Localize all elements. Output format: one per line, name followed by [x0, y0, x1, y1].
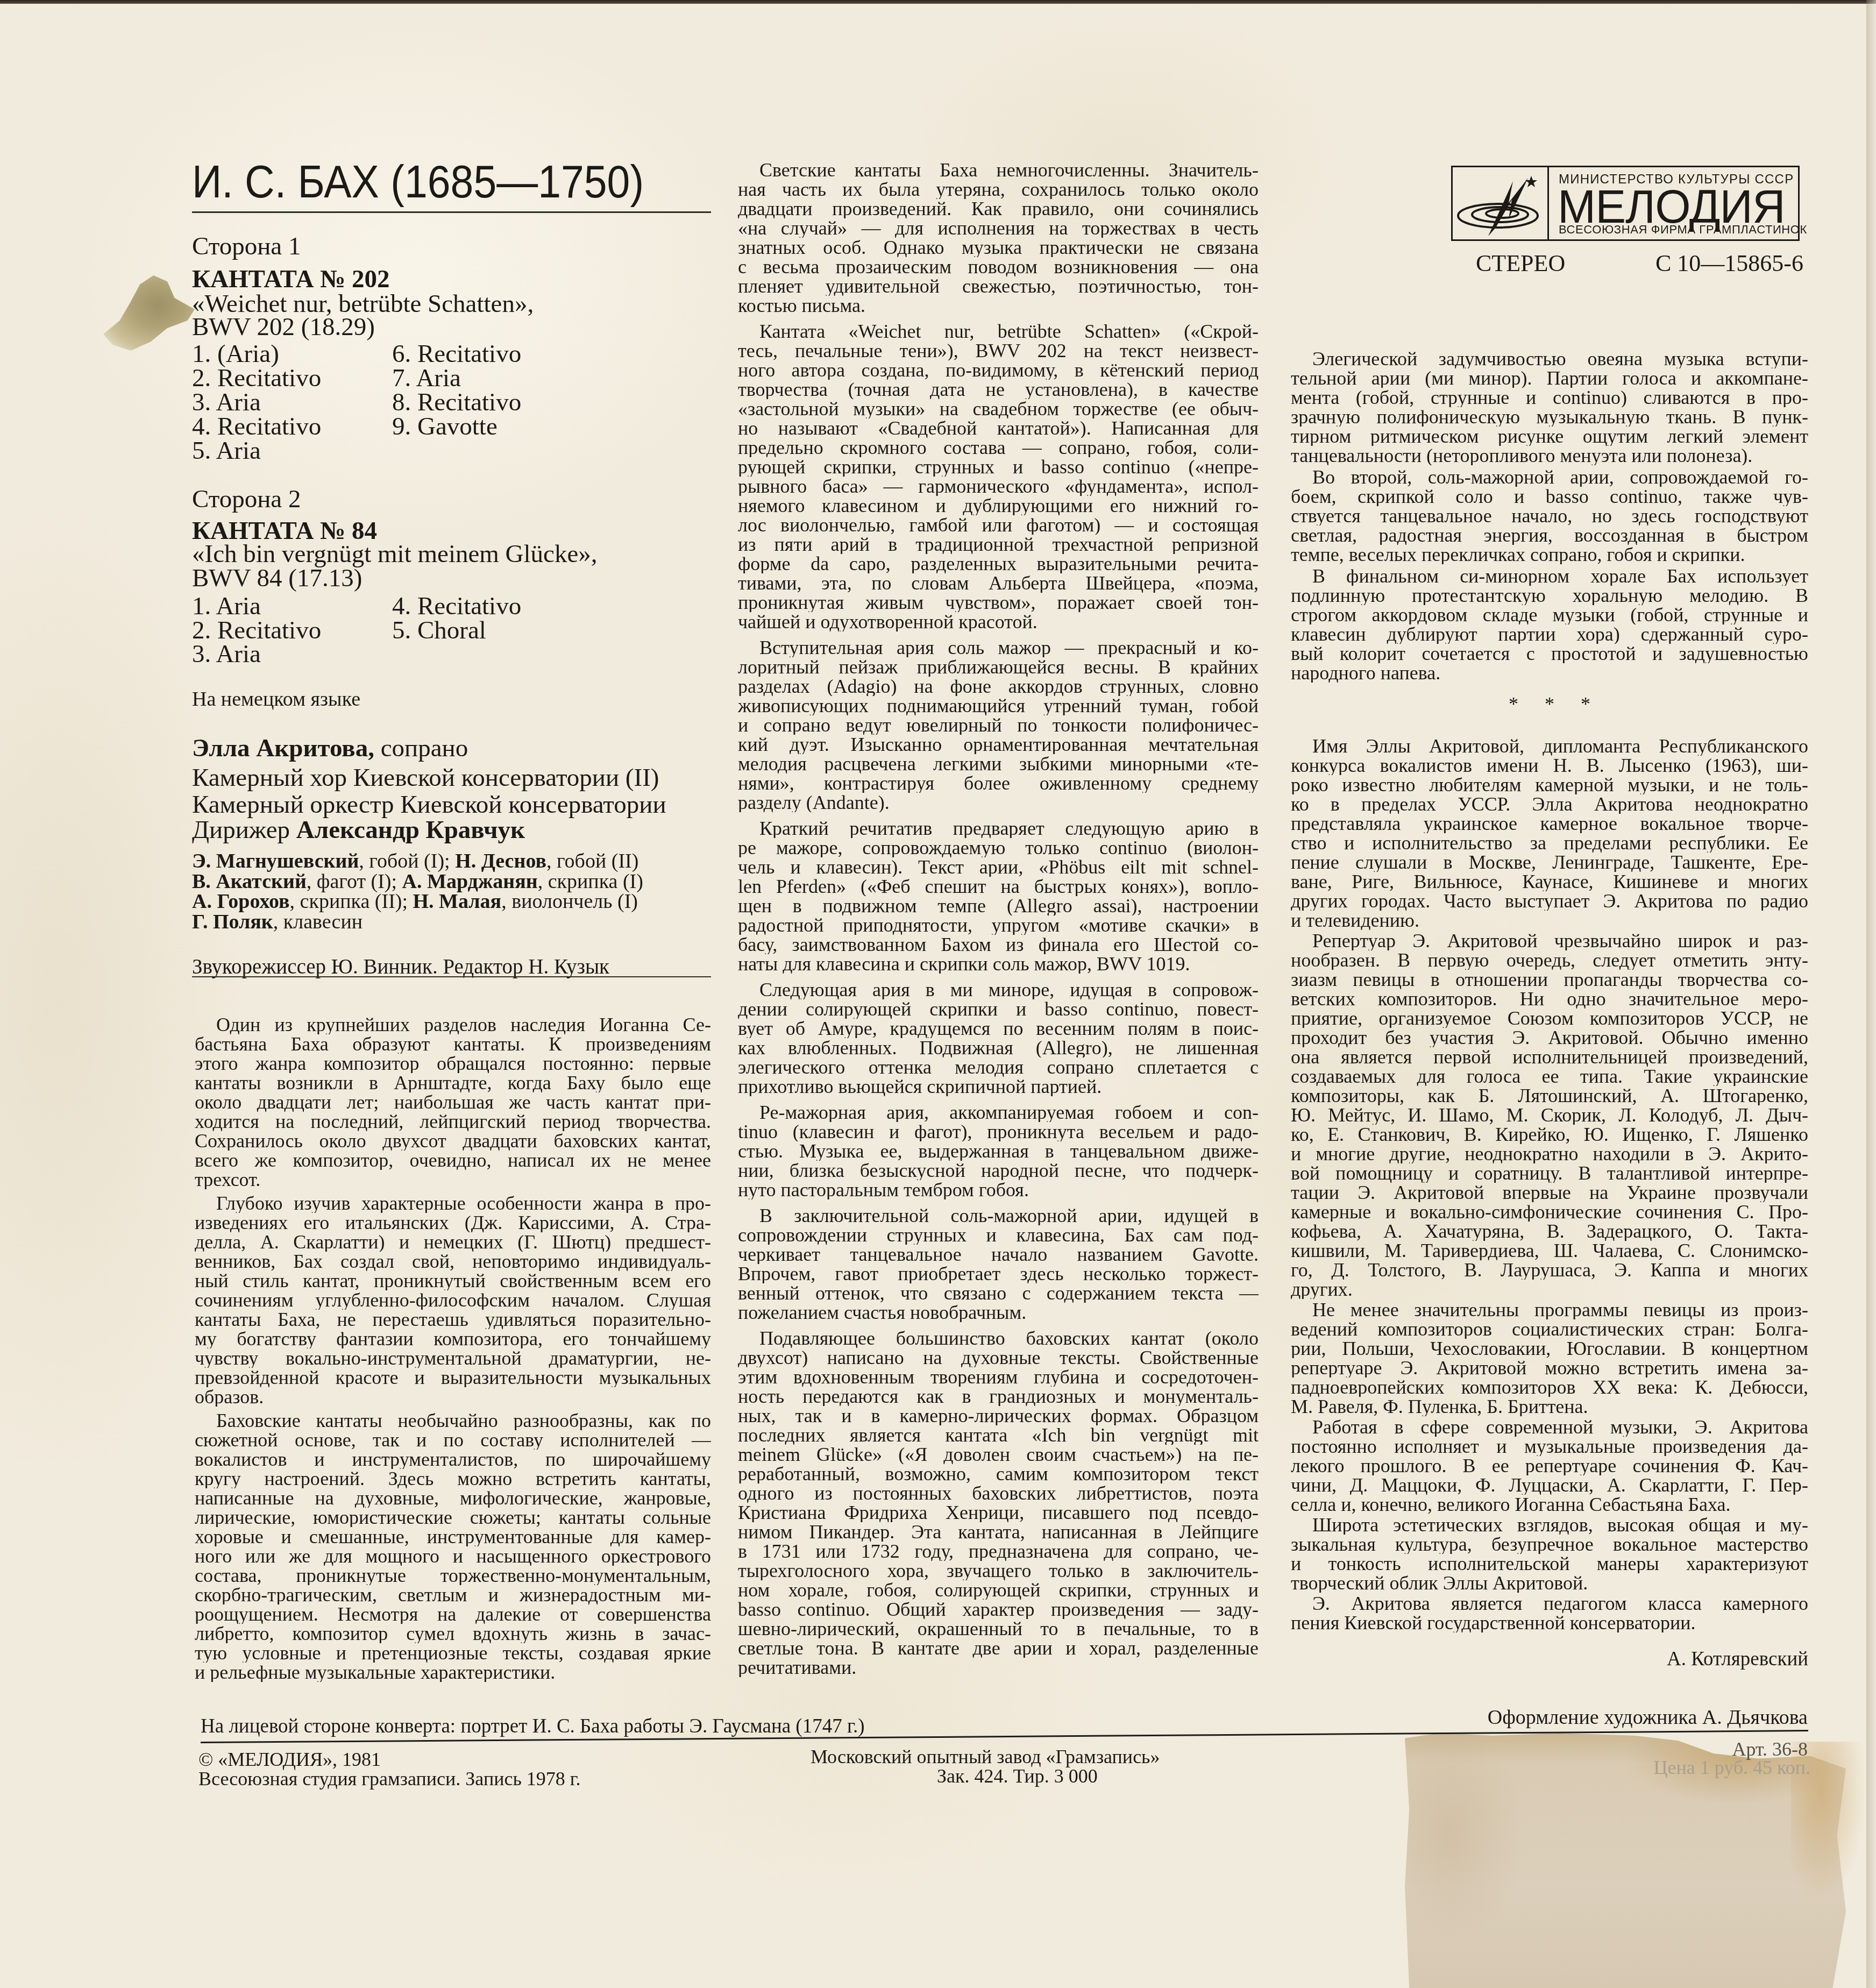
- text-line: венников, Бах создал свой, неповторимо и…: [195, 1252, 711, 1271]
- text-line: хоровые и смешанные, инструментованные д…: [195, 1527, 711, 1546]
- track-item: 4. Recitativo: [192, 415, 392, 439]
- side-2-tracklist: 1. Aria2. Recitativo3. Aria4. Recitativo…: [192, 594, 521, 666]
- text-line: вый колорит сочетается с простотой и зад…: [1291, 644, 1808, 663]
- text-line: ко, Е. Станкович, В. Кирейко, Ю. Ищенко,…: [1291, 1125, 1808, 1144]
- text-line: мента (гобой, струнные и continuo) слива…: [1291, 388, 1808, 407]
- text-line: и сопрано ведут ювелирный по тонкости по…: [738, 715, 1259, 735]
- text-line: чини, Д. Маццоки, Ф. Луццаски, А. Скарла…: [1291, 1475, 1808, 1495]
- text-line: лирические, юмористические сюжеты; канта…: [195, 1508, 711, 1527]
- track-item: 5. Choral: [392, 619, 521, 643]
- paragraph: Имя Эллы Акритовой, дипломанта Республик…: [1291, 736, 1808, 930]
- text-line: состава, проникнутые торжественно-монуме…: [195, 1566, 711, 1585]
- price: Цена 1 руб. 45 коп.: [1560, 1757, 1810, 1778]
- text-line: пения Киевской государственной консерват…: [1291, 1613, 1808, 1632]
- text-line: предельно скромного состава — сопрано, г…: [738, 438, 1259, 457]
- text-line: сюжетной основе, так и по составу исполн…: [195, 1430, 711, 1450]
- text-line: наты для клавесина и скрипки соль мажор,…: [738, 954, 1259, 974]
- paragraph: В финальном си-минорном хорале Бах испол…: [1291, 566, 1808, 683]
- text-line: Ре-мажорная ария, аккомпанируемая гобоем…: [738, 1103, 1259, 1122]
- text-line: проникнутая живым чувством», поражает св…: [738, 593, 1259, 612]
- text-line: либретто, композитор сумел вдохнуть жизн…: [195, 1624, 711, 1643]
- text-line: тации Э. Акритовой впервые на Украине пр…: [1291, 1183, 1808, 1202]
- text-line: ване, Риге, Вильнюсе, Каунасе, Кишиневе …: [1291, 872, 1808, 891]
- text-line: пожеланием счастья новобрачным.: [738, 1303, 1259, 1322]
- text-line: трехсот.: [195, 1170, 711, 1189]
- text-line: светлые тона. В кантате две арии и хорал…: [738, 1638, 1259, 1658]
- text-line: с весьма прозаическим поводом возникнове…: [738, 257, 1259, 276]
- paragraph: Следующая ария в ми миноре, идущая в соп…: [738, 980, 1259, 1096]
- text-line: «застольной музыки» на свадебном торжест…: [738, 399, 1259, 418]
- text-line: ре мажоре, сопровождаемую только continu…: [738, 838, 1259, 857]
- text-line: сопровождении струнных и клавесина, Бах …: [738, 1225, 1259, 1245]
- text-line: чель и клавесин). Текст арии, «Phöbus ei…: [738, 857, 1259, 877]
- text-line: изведениях его итальянских (Дж. Кариссим…: [195, 1213, 711, 1232]
- water-stain: [103, 275, 195, 351]
- order-run: Зак. 424. Тир. 3 000: [937, 1765, 1098, 1787]
- performer-role: , фагот (I);: [307, 870, 402, 893]
- musician-line: Э. Магнушевский, гобой (I); Н. Деснов, г…: [192, 851, 643, 872]
- text-line: вует об Амуре, крадущемся по весенним по…: [738, 1019, 1259, 1038]
- text-line: бастьяна Баха образуют кантаты. К произв…: [195, 1034, 711, 1054]
- text-line: нями», контрастируя более оживленному ср…: [738, 773, 1259, 793]
- text-line: мелодия расцвечена легкими зыбкими минор…: [738, 754, 1259, 773]
- text-line: разделу (Andante).: [738, 793, 1259, 812]
- text-line: венный оттенок, что связано с содержание…: [738, 1283, 1259, 1303]
- text-line: разделах (Adagio) на фоне аккордов струн…: [738, 677, 1259, 696]
- track-item: 1. (Aria): [192, 342, 392, 366]
- text-line: basso continuo. Общий характер произведе…: [738, 1600, 1259, 1619]
- text-line: прихотливо вьющейся скрипичной партией.: [738, 1077, 1259, 1096]
- text-line: проходит без участия Э. Акритовой. Обычн…: [1291, 1028, 1808, 1047]
- liner-notes-column-3-top: Элегической задумчивостью овеяна музыка …: [1291, 349, 1808, 683]
- performer-name: Г. Поляк: [192, 911, 273, 933]
- melodiya-logo-icon: [1453, 167, 1549, 239]
- performer-name: Э. Магнушевский: [192, 850, 359, 872]
- company-text: ВСЕСОЮЗНАЯ ФИРМА ГРАМПЛАСТИНОК: [1559, 223, 1790, 236]
- text-line: и тонкость исполнительской манеры характ…: [1291, 1554, 1808, 1573]
- text-line: подлинную протестантскую хоральную мелод…: [1291, 586, 1808, 605]
- text-line: Элегической задумчивостью овеяна музыка …: [1291, 349, 1808, 368]
- paragraph: Подавляющее большинство баховских кантат…: [738, 1329, 1259, 1677]
- side-2-label: Сторона 2: [192, 487, 301, 512]
- text-line: тивами, эта, по словам Альберта Швейцера…: [738, 573, 1259, 593]
- side-2-work-subtitle: «Ich bin vergnügt mit meinem Glücke»,: [192, 542, 598, 566]
- text-line: Не менее значительны программы певицы из…: [1291, 1300, 1808, 1319]
- text-line: всего же композитор, очевидно, написал и…: [195, 1151, 711, 1170]
- text-line: В заключительной соль-мажорной арии, иду…: [738, 1206, 1259, 1225]
- text-line: ведений композиторов социалистических ст…: [1291, 1319, 1808, 1339]
- text-line: В финальном си-минорном хорале Бах испол…: [1291, 566, 1808, 586]
- text-line: и многие другие, неоднократно находили в…: [1291, 1144, 1808, 1163]
- text-line: приятие, организуемое Союзом композиторо…: [1291, 1009, 1808, 1028]
- text-line: нуто пасторальным тембром гобоя.: [738, 1180, 1259, 1199]
- paragraph: Кантата «Weichet nur, betrübte Schatten»…: [738, 322, 1259, 631]
- text-line: ство и исполнительство за пределами респ…: [1291, 833, 1808, 853]
- text-line: нообразен. В первую очередь, следует отм…: [1291, 950, 1808, 970]
- paragraph: Работая в сфере современной музыки, Э. А…: [1291, 1417, 1808, 1514]
- track-item: 6. Recitativo: [392, 342, 521, 366]
- text-line: чувству вокально-инструментальной драмат…: [195, 1348, 711, 1368]
- track-item: 9. Gavotte: [392, 415, 521, 439]
- text-line: зиазм певицы в отношении пропаганды твор…: [1291, 970, 1808, 989]
- track-item: 4. Recitativo: [392, 594, 521, 619]
- text-line: клавесин дублируют партии хора) сдержанн…: [1291, 624, 1808, 644]
- text-line: камерные и вокально-симфонические сочине…: [1291, 1202, 1808, 1222]
- track-item: 8. Recitativo: [392, 390, 521, 415]
- text-line: Кантата «Weichet nur, betrübte Schatten»…: [738, 322, 1259, 341]
- paragraph: Краткий речитатив предваряет следующую а…: [738, 819, 1259, 974]
- text-line: няемого клавесином и дублирующими его ни…: [738, 496, 1259, 515]
- design-credit: Оформление художника А. Дьячкова: [1345, 1707, 1808, 1728]
- text-line: селла и, конечно, великого Иоганна Себас…: [1291, 1495, 1808, 1514]
- performer-role: , скрипка (I): [538, 870, 643, 893]
- text-line: вой помощницу и соратницу. В талантливой…: [1291, 1163, 1808, 1183]
- text-line: делла, А. Скарлатти) и немецких (Г. Шютц…: [195, 1232, 711, 1252]
- text-line: Баховские кантаты необычайно разнообразн…: [195, 1411, 711, 1430]
- text-line: постоянно исполняет и музыкальные произв…: [1291, 1437, 1808, 1456]
- performer-name: Александр Кравчук: [296, 816, 525, 844]
- text-line: роощущением. Несмотря на далекие от сове…: [195, 1604, 711, 1624]
- pressing-plant: Московский опытный завод «Грамзапись»: [811, 1746, 1160, 1767]
- text-line: ствуется танцевальное начало, но здесь г…: [1291, 506, 1808, 526]
- performer-name: А. Горохов: [192, 890, 290, 913]
- text-line: тесь, печальные тени»), BWV 202 на текст…: [738, 341, 1259, 360]
- text-line: нимом Пикандер. Эта кантата, написанная …: [738, 1522, 1259, 1542]
- track-item: 7. Aria: [392, 366, 521, 390]
- text-line: элегического оттенка мелодия сопрано спл…: [738, 1057, 1259, 1077]
- text-line: кишвили, М. Таривердиева, Ш. Чалаева, С.…: [1291, 1241, 1808, 1260]
- text-line: танцевальности (неторопливого менуэта ил…: [1291, 446, 1808, 465]
- text-line: meinem Glücke» («Я доволен своим счастье…: [738, 1445, 1259, 1464]
- performer-name: А. Марджанян: [402, 870, 538, 893]
- text-line: она является первой исполнительницей про…: [1291, 1047, 1808, 1067]
- text-line: конкурса вокалистов имени Н. В. Лысенко …: [1291, 756, 1808, 775]
- text-line: нии, близка безыскусной народной песне, …: [738, 1161, 1259, 1180]
- performer-role: , гобой (I);: [359, 850, 455, 872]
- text-line: представляла украинское камерное вокальн…: [1291, 814, 1808, 833]
- text-line: речитативами.: [738, 1658, 1259, 1677]
- text-line: ный стиль кантат, проникнутый свойственн…: [195, 1271, 711, 1290]
- text-line: Вступительная ария соль мажор — прекрасн…: [738, 638, 1259, 657]
- text-line: Во второй, соль-мажорной арии, сопровожд…: [1291, 467, 1808, 487]
- text-line: ных, так и в камерно-лирических формах. …: [738, 1406, 1259, 1425]
- text-line: ность передаются как в грандиозных и мон…: [738, 1387, 1259, 1406]
- format-label: СТЕРЕО: [1476, 250, 1565, 277]
- melodiya-label-box: МИНИСТЕРСТВО КУЛЬТУРЫ СССР МЕЛОДИЯ ВСЕСО…: [1451, 166, 1800, 241]
- language-note: На немецком языке: [192, 688, 360, 710]
- text-line: Подавляющее большинство баховских кантат…: [738, 1329, 1259, 1348]
- text-line: Один из крупнейших разделов наследия Иог…: [195, 1015, 711, 1034]
- text-line: этим вдохновенным творениям глубина и со…: [738, 1367, 1259, 1387]
- text-line: тырехголосного хора, звучащего только в …: [738, 1561, 1259, 1580]
- text-line: последних является кантата «Ich bin verg…: [738, 1425, 1259, 1445]
- side-1-label: Сторона 1: [192, 234, 301, 259]
- text-line: Сохранилось около двухсот двадцати бахов…: [195, 1131, 711, 1151]
- track-item: 2. Recitativo: [192, 366, 392, 390]
- text-line: падноевропейских композиторов XX века: К…: [1291, 1378, 1808, 1397]
- text-line: репертуаре Э. Акритовой можно встретить …: [1291, 1358, 1808, 1378]
- text-line: ках влюбленных. Подвижная (Allegro), не …: [738, 1038, 1259, 1057]
- performer-role: Дирижер: [192, 816, 296, 844]
- track-item: 5. Aria: [192, 439, 392, 463]
- text-line: М. Равеля, Ф. Пуленка, Б. Бриттена.: [1291, 1397, 1808, 1416]
- text-line: и рельефные музыкальные характеристики.: [195, 1663, 711, 1682]
- musician-line: Г. Поляк, клавесин: [192, 912, 643, 933]
- text-line: Кристиана Фридриха Хенрици, писавшего по…: [738, 1503, 1259, 1522]
- text-line: скорбно-трагическим, светлым и жизнерадо…: [195, 1585, 711, 1604]
- text-line: боем, скрипкой соло и basso continuo, та…: [1291, 487, 1808, 506]
- sleeve-right-edge: [1866, 0, 1876, 1988]
- text-line: реработанный, возможно, самим композитор…: [738, 1464, 1259, 1483]
- text-line: в 1731 или 1732 году, предназначена для …: [738, 1542, 1259, 1561]
- text-line: и телевидению.: [1291, 911, 1808, 930]
- paragraph: Ре-мажорная ария, аккомпанируемая гобоем…: [738, 1103, 1259, 1199]
- liner-notes-column-3-bottom: Имя Эллы Акритовой, дипломанта Республик…: [1291, 736, 1808, 1632]
- text-line: темпе, веселых перекличках сопрано, гобо…: [1291, 545, 1808, 564]
- paragraph: Во второй, соль-мажорной арии, сопровожд…: [1291, 467, 1808, 564]
- text-line: Э. Акритова является педагогом класса ка…: [1291, 1594, 1808, 1613]
- side-1-tracklist: 1. (Aria)2. Recitativo3. Aria4. Recitati…: [192, 342, 521, 463]
- text-line: зыкальная культура, безупречное вокально…: [1291, 1535, 1808, 1554]
- performer-name: Н. Малая: [413, 890, 502, 913]
- paragraph: Глубоко изучив характерные особенности ж…: [195, 1194, 711, 1407]
- text-line: шевно-лирический, окрашенный то в печаль…: [738, 1619, 1259, 1638]
- paragraph: Не менее значительны программы певицы из…: [1291, 1300, 1808, 1416]
- text-line: кий дуэт. Изысканно орнаментированная ме…: [738, 735, 1259, 754]
- paragraph: Светские кантаты Баха немногочисленны. З…: [738, 160, 1259, 315]
- text-line: рии, Польши, Чехословакии, Югославии. В …: [1291, 1339, 1808, 1358]
- record-sleeve-back: И. С. БАХ (1685—1750) Сторона 1 КАНТАТА …: [0, 0, 1876, 1988]
- text-line: рующей скрипки, струнных и basso continu…: [738, 457, 1259, 477]
- paragraph: Репертуар Э. Акритовой чрезвычайно широк…: [1291, 931, 1808, 1299]
- track-item: 2. Recitativo: [192, 619, 392, 643]
- text-line: радостной приподнятости, упругом «мотиве…: [738, 915, 1259, 935]
- text-line: творческий облик Эллы Акритовой.: [1291, 1573, 1808, 1593]
- text-line: других городах. Часто выступает Э. Акрит…: [1291, 891, 1808, 911]
- text-line: костью письма.: [738, 296, 1259, 315]
- performer-role: сопрано: [374, 734, 468, 762]
- text-line: Ю. Мейтус, И. Шамо, М. Скорик, Л. Колоду…: [1291, 1105, 1808, 1125]
- text-line: композиторы, как Б. Лятошинский, А. Штог…: [1291, 1086, 1808, 1105]
- recording-studio: Всесоюзная студия грамзаписи. Запись 197…: [198, 1768, 581, 1790]
- paragraph: Э. Акритова является педагогом класса ка…: [1291, 1594, 1808, 1632]
- text-line: одного из постоянных баховских либреттис…: [738, 1483, 1259, 1503]
- text-line: ко в пределах УССР. Элла Акритова неодно…: [1291, 794, 1808, 814]
- text-line: пленяет удивительной свежестью, поэтично…: [738, 276, 1259, 296]
- text-line: образов.: [195, 1387, 711, 1407]
- text-line: написанные на духовные, мифологические, …: [195, 1488, 711, 1508]
- production-credits: Звукорежиссер Ю. Винник. Редактор Н. Куз…: [192, 956, 609, 978]
- text-line: двухсот) написано на духовные тексты. Св…: [738, 1348, 1259, 1367]
- paragraph: Вступительная ария соль мажор — прекрасн…: [738, 638, 1259, 812]
- text-line: роко известно любителям камерной музыки,…: [1291, 775, 1808, 794]
- text-line: ная часть их была утеряна, сохранилось т…: [738, 180, 1259, 199]
- text-line: строгом аккордовом складе музыки (гобой,…: [1291, 605, 1808, 624]
- musician-line: В. Акатский, фагот (I); А. Марджанян, ск…: [192, 872, 643, 892]
- text-line: народного напева.: [1291, 663, 1808, 683]
- text-line: кофьева, А. Хачатуряна, В. Задерацкого, …: [1291, 1222, 1808, 1241]
- text-line: чайшей и одухотворенной красотой.: [738, 612, 1259, 631]
- text-line: черкивает танцевальное начало названием …: [738, 1245, 1259, 1264]
- text-line: len Pferden» («Феб спешит на быстрых кон…: [738, 877, 1259, 896]
- soloist: Элла Акритова, сопрано: [192, 736, 468, 761]
- orchestra: Камерный оркестр Киевской консерватории: [192, 792, 666, 817]
- text-line: из пяти арий в традиционной трехчастной …: [738, 535, 1259, 554]
- notes-author: А. Котляревский: [1291, 1650, 1808, 1669]
- credits-rule: [192, 976, 711, 977]
- text-line: творчества (точная дата не установлена),…: [738, 380, 1259, 399]
- liner-notes-column-1: Один из крупнейших разделов наследия Иог…: [195, 1015, 711, 1682]
- text-line: Светские кантаты Баха немногочисленны. З…: [738, 160, 1259, 180]
- text-line: рывного баса» — гармонического «фундамен…: [738, 477, 1259, 496]
- text-line: других.: [1291, 1280, 1808, 1299]
- choir: Камерный хор Киевской консерватории (II): [192, 765, 659, 790]
- text-line: Репертуар Э. Акритовой чрезвычайно широк…: [1291, 931, 1808, 950]
- side-2-bwv: BWV 84 (17.13): [192, 566, 362, 591]
- text-line: тельной арии (ми минор). Партии голоса и…: [1291, 368, 1808, 388]
- text-line: живописующих поднимающийся утренний тума…: [738, 696, 1259, 715]
- performer-role: , клавесин: [273, 911, 363, 933]
- text-line: около двадцати лет; наибольшая же часть …: [195, 1092, 711, 1112]
- text-line: го, Д. Толстого, В. Лаурушаса, Э. Каппа …: [1291, 1260, 1808, 1280]
- text-line: создаваемых для голоса ее типа. Такие ук…: [1291, 1067, 1808, 1086]
- text-line: му богатству фантазии композитора, его т…: [195, 1329, 711, 1348]
- performer-role: , скрипка (II);: [290, 890, 413, 913]
- text-line: басу, заимствованном Бахом из финала его…: [738, 935, 1259, 954]
- performer-name: Н. Деснов: [455, 850, 546, 872]
- text-line: но называют «Свадебной кантатой»). Напис…: [738, 418, 1259, 438]
- paragraph: Элегической задумчивостью овеяна музыка …: [1291, 349, 1808, 465]
- paragraph: Широта эстетических взглядов, высокая об…: [1291, 1515, 1808, 1593]
- text-line: кантаты Баха, не перестаешь удивляться п…: [195, 1310, 711, 1329]
- performer-role: , гобой (II): [546, 850, 638, 872]
- musicians-list: Э. Магнушевский, гобой (I); Н. Деснов, г…: [192, 851, 643, 932]
- copyright: © «МЕЛОДИЯ», 1981: [198, 1749, 381, 1770]
- liner-notes-column-2: Светские кантаты Баха немногочисленны. З…: [738, 160, 1259, 1677]
- sleeve-top-edge: [0, 0, 1876, 4]
- text-line: тирном ритмическом рисунке ощутим легкий…: [1291, 427, 1808, 446]
- text-line: ном хорале, гобоя, солирующей скрипки, с…: [738, 1580, 1259, 1600]
- text-line: tinuo (клавесин и фагот), проникнута вес…: [738, 1122, 1259, 1141]
- section-separator: * * *: [1291, 694, 1808, 714]
- text-line: тую условные и претенциозные тексты, соз…: [195, 1643, 711, 1663]
- paragraph: В заключительной соль-мажорной арии, иду…: [738, 1206, 1259, 1322]
- text-line: сочинениям углубленно-философским начало…: [195, 1290, 711, 1310]
- track-item: 1. Aria: [192, 594, 392, 619]
- text-line: лекого прошлого. В ее репертуаре сочинен…: [1291, 1456, 1808, 1475]
- text-line: Широта эстетических взглядов, высокая об…: [1291, 1515, 1808, 1535]
- track-item: 3. Aria: [192, 390, 392, 415]
- text-line: кантаты возникли в Арнштадте, когда Баху…: [195, 1073, 711, 1092]
- text-line: Имя Эллы Акритовой, дипломанта Республик…: [1291, 736, 1808, 756]
- text-line: кругу настроений. Здесь можно встретить …: [195, 1469, 711, 1488]
- text-line: щен в подвижном темпе (Allegro assai), н…: [738, 896, 1259, 915]
- paragraph: Один из крупнейших разделов наследия Иог…: [195, 1015, 711, 1189]
- text-line: ходится на последний, лейпцигский период…: [195, 1112, 711, 1131]
- side-1-bwv: BWV 202 (18.29): [192, 315, 375, 339]
- text-line: пение слушали в Москве, Ленинграде, Ташк…: [1291, 853, 1808, 872]
- paragraph: Баховские кантаты необычайно разнообразн…: [195, 1411, 711, 1682]
- performer-name: Элла Акритова,: [192, 734, 374, 762]
- text-line: форме da capo, разделенных выразительным…: [738, 554, 1259, 573]
- performer-role: , виолончель (I): [501, 890, 638, 913]
- text-line: ного или же для мощного и насыщенного ор…: [195, 1546, 711, 1566]
- side-1-work-title: КАНТАТА № 202: [192, 267, 390, 292]
- track-item: 3. Aria: [192, 642, 392, 666]
- text-line: Впрочем, гавот приобретает здесь несколь…: [738, 1264, 1259, 1283]
- text-line: вокалистов и инструменталистов, по широч…: [195, 1450, 711, 1469]
- text-line: Глубоко изучив характерные особенности ж…: [195, 1194, 711, 1213]
- catalog-number: С 10—15865-6: [1587, 250, 1803, 277]
- text-line: «на случай» — для исполнения на торжеств…: [738, 218, 1259, 238]
- text-line: знатных особ. Однако музыка практически …: [738, 238, 1259, 257]
- musician-line: А. Горохов, скрипка (II); Н. Малая, виол…: [192, 892, 643, 912]
- title-rule: [192, 211, 711, 213]
- conductor: Дирижер Александр Кравчук: [192, 818, 525, 842]
- text-line: светлая, радостная энергия, воссозданная…: [1291, 526, 1808, 545]
- text-line: Следующая ария в ми миноре, идущая в соп…: [738, 980, 1259, 999]
- album-title: И. С. БАХ (1685—1750): [192, 155, 644, 209]
- text-line: стью. Музыка ее, выдержанная в танцеваль…: [738, 1141, 1259, 1161]
- text-line: ного автора создана, по-видимому, в кёте…: [738, 360, 1259, 380]
- text-line: лоритный пейзаж приближающейся весны. В …: [738, 657, 1259, 677]
- text-line: ветских композиторов. Ни одно значительн…: [1291, 989, 1808, 1009]
- text-line: лос виолончелью, гамбой или фаготом) — и…: [738, 515, 1259, 535]
- text-line: Краткий речитатив предваряет следующую а…: [738, 819, 1259, 838]
- cover-portrait-note: На лицевой стороне конверта: портрет И. …: [201, 1716, 865, 1737]
- text-line: превзойденной красоте и выразительности …: [195, 1368, 711, 1387]
- text-line: зрачную полифоническую музыкальную ткань…: [1291, 407, 1808, 427]
- text-line: дении солирующей скрипки и basso continu…: [738, 999, 1259, 1019]
- performer-name: В. Акатский: [192, 870, 307, 893]
- text-line: этого жанра композитор обращался постоян…: [195, 1054, 711, 1073]
- text-line: Работая в сфере современной музыки, Э. А…: [1291, 1417, 1808, 1437]
- text-line: двадцати произведений. Как правило, они …: [738, 199, 1259, 218]
